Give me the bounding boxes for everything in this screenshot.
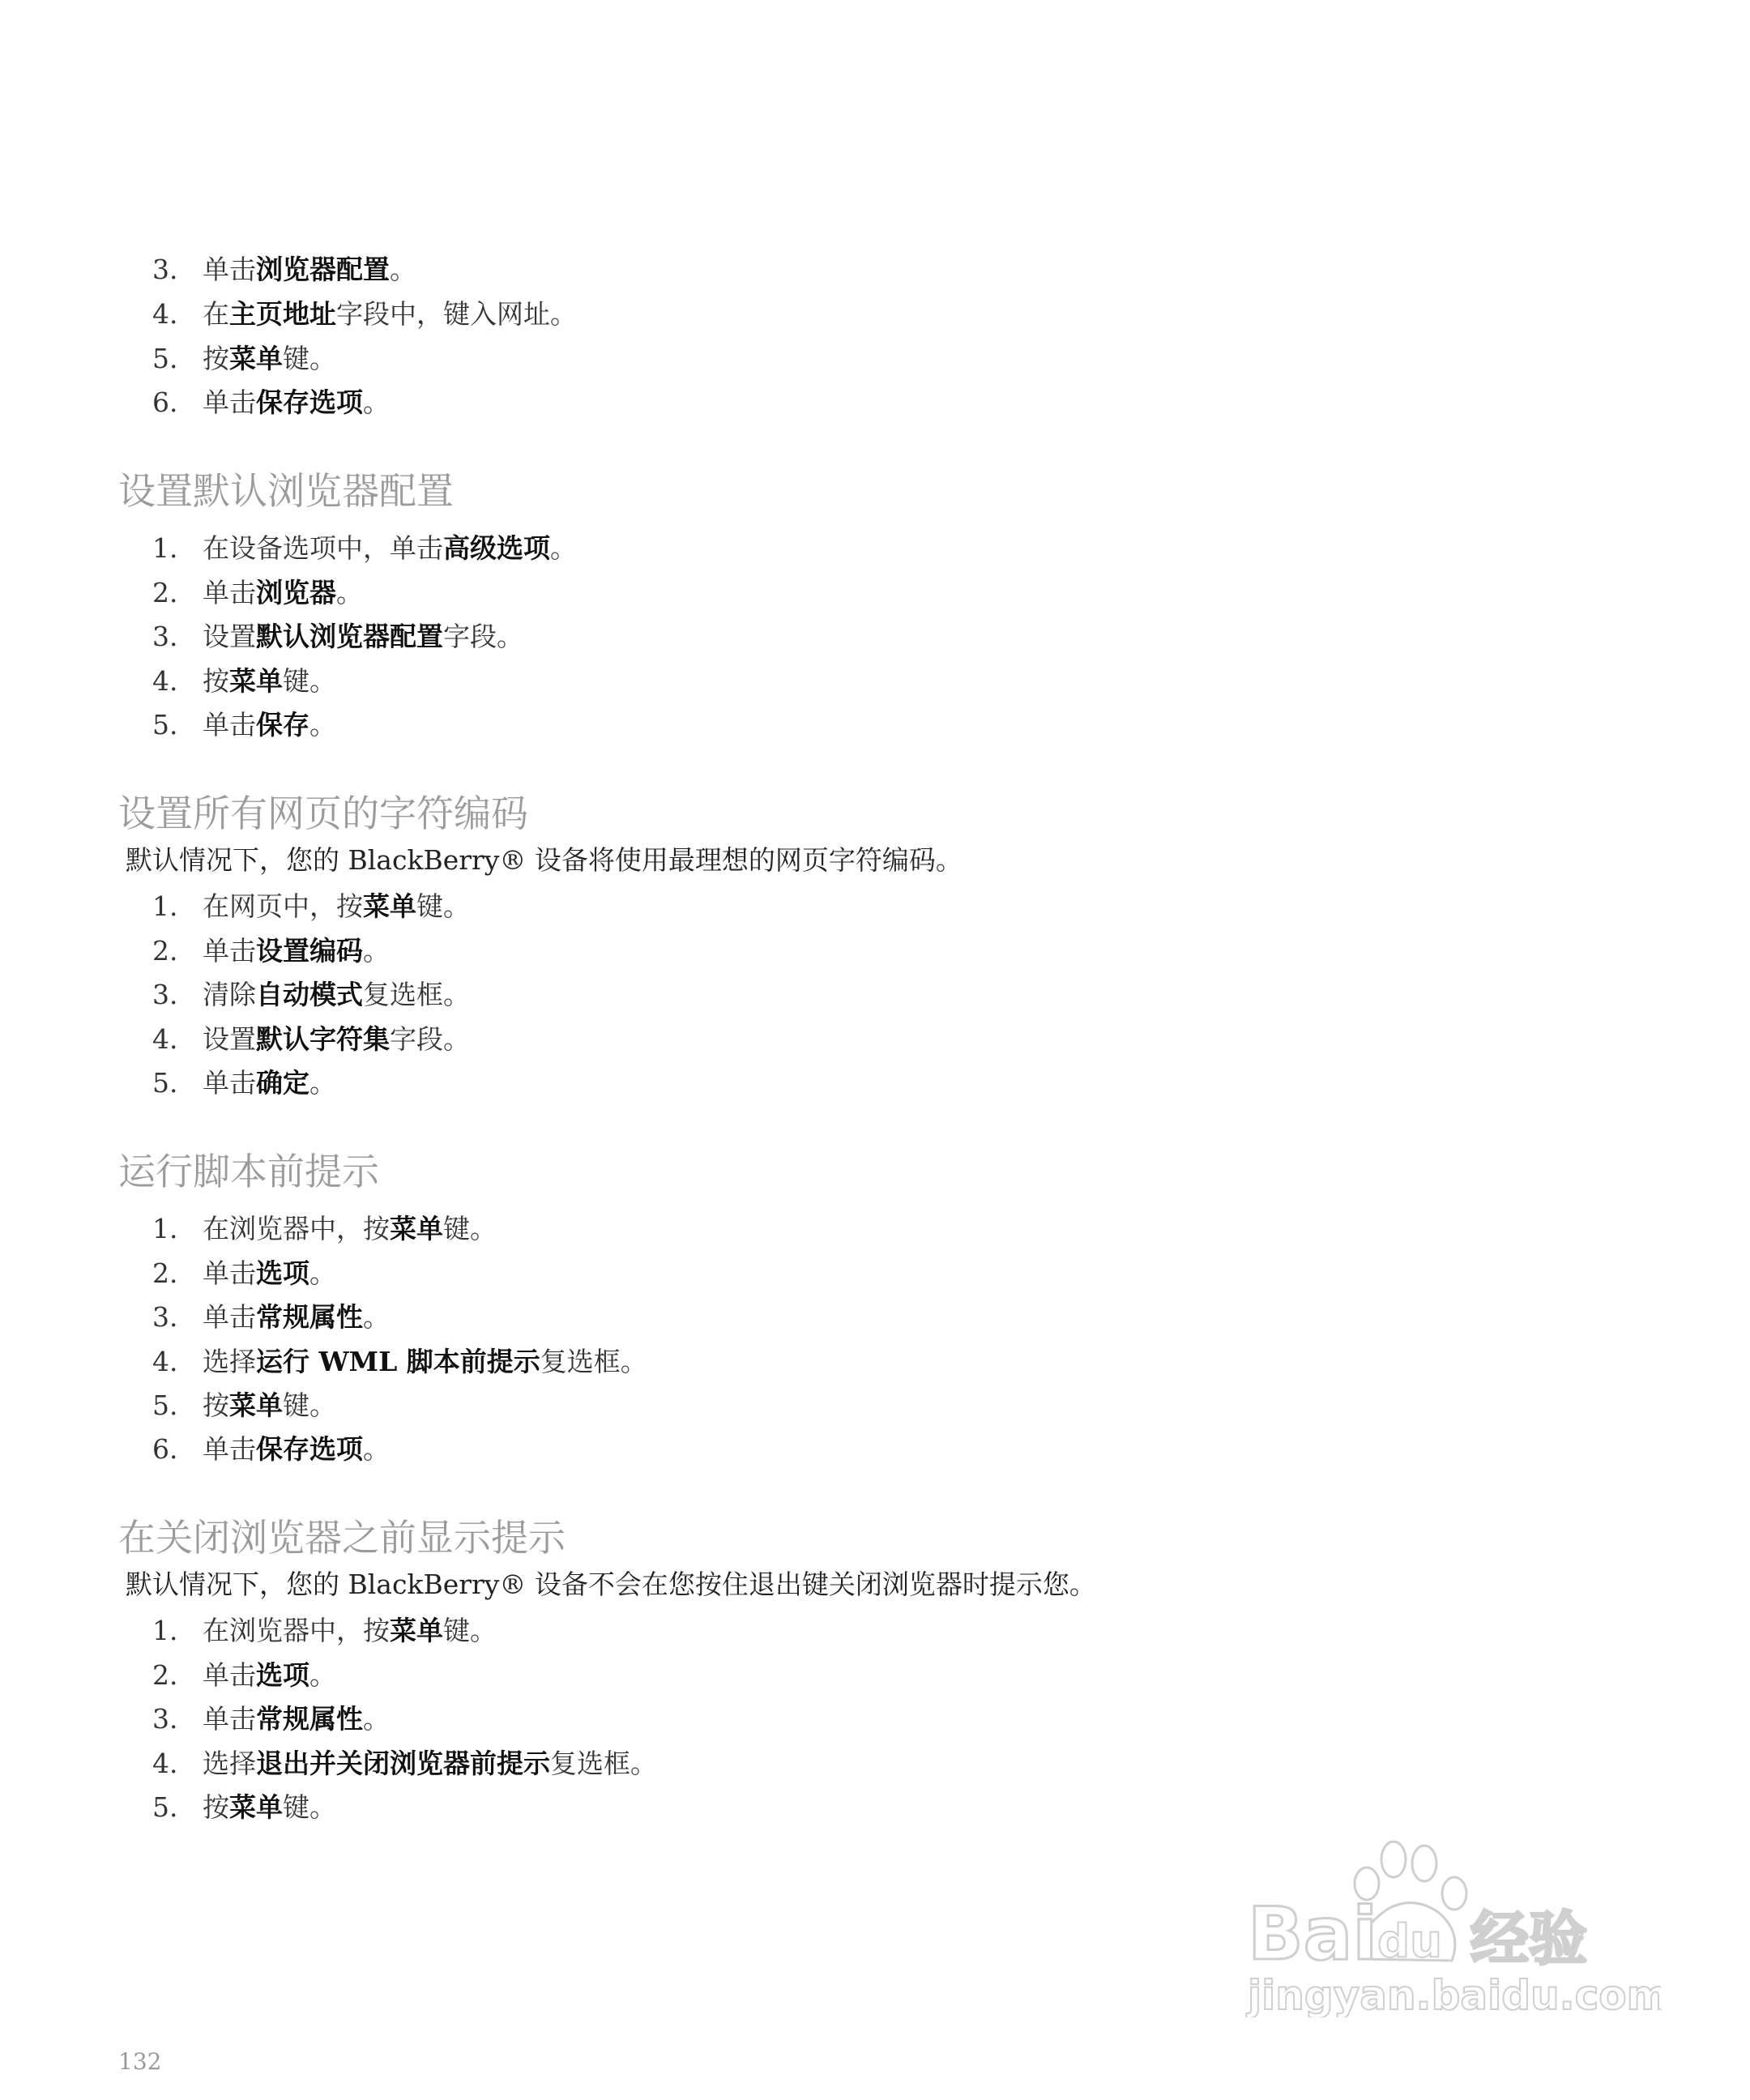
step-number: 5. — [152, 1385, 203, 1426]
step-text: 在浏览器中，按菜单键。 — [203, 1213, 497, 1244]
step-text-fragment: 在 — [203, 298, 229, 330]
list-item: 2.单击选项。 — [152, 1253, 336, 1294]
ui-term: 菜单 — [390, 1615, 443, 1646]
list-item: 5.单击确定。 — [152, 1063, 336, 1103]
step-text-fragment: 单击 — [203, 386, 256, 418]
step-text-fragment: 单击 — [203, 1301, 256, 1333]
step-text-fragment: 键。 — [416, 890, 470, 922]
step-text-fragment: 。 — [363, 1301, 390, 1333]
list-item: 1.在网页中，按菜单键。 — [152, 886, 470, 927]
step-text-fragment: 。 — [309, 1067, 336, 1099]
ui-term: 运行 WML 脚本前提示 — [256, 1346, 540, 1377]
step-text-fragment: 。 — [363, 935, 390, 967]
list-item: 6.单击保存选项。 — [152, 382, 390, 423]
step-text: 单击选项。 — [203, 1257, 336, 1289]
step-text: 在设备选项中，单击高级选项。 — [203, 532, 577, 564]
step-text-fragment: 单击 — [203, 254, 256, 285]
step-text-fragment: 。 — [309, 1257, 336, 1289]
list-item: 4.在主页地址字段中，键入网址。 — [152, 294, 577, 335]
step-text-fragment: 在浏览器中，按 — [203, 1615, 390, 1646]
list-item: 4.选择运行 WML 脚本前提示复选框。 — [152, 1342, 647, 1382]
ui-term: 保存选项 — [256, 386, 363, 418]
step-number: 2. — [152, 931, 203, 971]
step-number: 3. — [152, 1699, 203, 1739]
section-heading: 设置所有网页的字符编码 — [118, 791, 528, 836]
step-number: 1. — [152, 1209, 203, 1249]
list-item: 1.在浏览器中，按菜单键。 — [152, 1611, 497, 1651]
step-number: 3. — [152, 1297, 203, 1338]
ui-term: 选项 — [256, 1257, 309, 1289]
ui-term: 浏览器配置 — [256, 254, 390, 285]
step-text-fragment: 单击 — [203, 709, 256, 741]
step-text-fragment: 字段。 — [443, 621, 523, 652]
step-number: 6. — [152, 1429, 203, 1470]
step-text: 按菜单键。 — [203, 1791, 336, 1823]
step-text-fragment: 按 — [203, 343, 229, 374]
step-text-fragment: 在网页中，按 — [203, 890, 363, 922]
step-text-fragment: 单击 — [203, 1659, 256, 1691]
ui-term: 浏览器 — [256, 577, 336, 608]
list-item: 3.单击常规属性。 — [152, 1699, 390, 1739]
step-text-fragment: 。 — [309, 709, 336, 741]
step-text-fragment: 单击 — [203, 1067, 256, 1099]
step-text: 在主页地址字段中，键入网址。 — [203, 298, 577, 330]
step-text-fragment: 单击 — [203, 1257, 256, 1289]
step-text-fragment: 键。 — [443, 1213, 497, 1244]
step-text-fragment: 按 — [203, 1791, 229, 1823]
list-item: 1.在设备选项中，单击高级选项。 — [152, 528, 577, 569]
step-number: 4. — [152, 1744, 203, 1784]
ui-term: 设置编码 — [256, 935, 363, 967]
list-item: 3.设置默认浏览器配置字段。 — [152, 617, 523, 657]
svg-text:Bai: Bai — [1248, 1892, 1377, 1977]
step-number: 2. — [152, 573, 203, 613]
document-page: 3.单击浏览器配置。 4.在主页地址字段中，键入网址。 5.按菜单键。 6.单击… — [0, 0, 1750, 2100]
step-text-fragment: 字段中，键入网址。 — [336, 298, 577, 330]
ui-term: 高级选项 — [443, 532, 550, 564]
ui-term: 默认字符集 — [256, 1023, 390, 1055]
step-text: 设置默认字符集字段。 — [203, 1023, 470, 1055]
step-number: 5. — [152, 339, 203, 379]
step-text: 单击浏览器。 — [203, 577, 363, 608]
section-heading: 设置默认浏览器配置 — [118, 468, 454, 514]
page-number: 132 — [118, 2048, 161, 2075]
step-number: 3. — [152, 250, 203, 290]
ui-term: 菜单 — [390, 1213, 443, 1244]
step-text-fragment: 设置 — [203, 1023, 256, 1055]
ui-term: 菜单 — [229, 665, 283, 697]
ui-term: 主页地址 — [229, 298, 336, 330]
step-text-fragment: 清除 — [203, 979, 256, 1010]
step-text-fragment: 。 — [363, 1433, 390, 1465]
step-text: 单击选项。 — [203, 1659, 336, 1691]
step-text: 单击确定。 — [203, 1067, 336, 1099]
ui-term: 选项 — [256, 1659, 309, 1691]
step-text-fragment: 键。 — [283, 1791, 336, 1823]
step-text-fragment: 单击 — [203, 935, 256, 967]
list-item: 5.单击保存。 — [152, 705, 336, 745]
ui-term: 菜单 — [229, 343, 283, 374]
step-text: 按菜单键。 — [203, 343, 336, 374]
step-text-fragment: 键。 — [283, 665, 336, 697]
step-text-fragment: 键。 — [443, 1615, 497, 1646]
ui-term: 菜单 — [229, 1791, 283, 1823]
step-text: 单击保存。 — [203, 709, 336, 741]
list-item: 2.单击设置编码。 — [152, 931, 390, 971]
ui-term: 菜单 — [229, 1389, 283, 1421]
step-text: 单击保存选项。 — [203, 386, 390, 418]
step-number: 3. — [152, 975, 203, 1015]
step-number: 1. — [152, 886, 203, 927]
list-item: 5.按菜单键。 — [152, 1787, 336, 1828]
step-number: 6. — [152, 382, 203, 423]
step-text: 选择退出并关闭浏览器前提示复选框。 — [203, 1748, 657, 1779]
ui-term: 常规属性 — [256, 1301, 363, 1333]
list-item: 5.按菜单键。 — [152, 1385, 336, 1426]
step-number: 4. — [152, 1019, 203, 1060]
baidu-jingyan-watermark: Bai du 经验 jingyan.baidu.com — [1240, 1839, 1661, 2017]
section-heading: 运行脚本前提示 — [118, 1149, 379, 1194]
ui-term: 自动模式 — [256, 979, 363, 1010]
list-item: 4.设置默认字符集字段。 — [152, 1019, 470, 1060]
step-text-fragment: 设置 — [203, 621, 256, 652]
step-text-fragment: 。 — [363, 386, 390, 418]
list-item: 3.单击浏览器配置。 — [152, 250, 416, 290]
step-number: 4. — [152, 661, 203, 702]
svg-text:经验: 经验 — [1470, 1905, 1587, 1973]
list-item: 4.按菜单键。 — [152, 661, 336, 702]
step-number: 2. — [152, 1655, 203, 1696]
step-text-fragment: 。 — [390, 254, 416, 285]
step-text-fragment: 按 — [203, 1389, 229, 1421]
step-number: 4. — [152, 1342, 203, 1382]
step-text-fragment: 选择 — [203, 1346, 256, 1377]
step-number: 1. — [152, 528, 203, 569]
list-item: 4.选择退出并关闭浏览器前提示复选框。 — [152, 1744, 657, 1784]
baidu-paw-logo-icon: Bai du 经验 jingyan.baidu.com — [1240, 1839, 1661, 2017]
step-text: 单击常规属性。 — [203, 1301, 390, 1333]
list-item: 6.单击保存选项。 — [152, 1429, 390, 1470]
svg-text:du: du — [1377, 1915, 1442, 1968]
step-text-fragment: 在设备选项中，单击 — [203, 532, 443, 564]
step-text-fragment: 复选框。 — [540, 1346, 647, 1377]
step-number: 5. — [152, 1063, 203, 1103]
step-text-fragment: 在浏览器中，按 — [203, 1213, 390, 1244]
step-text-fragment: 键。 — [283, 1389, 336, 1421]
step-text-fragment: 单击 — [203, 577, 256, 608]
step-number: 4. — [152, 294, 203, 335]
section-intro: 默认情况下，您的 BlackBerry® 设备不会在您按住退出键关闭浏览器时提示… — [126, 1567, 1096, 1603]
list-item: 1.在浏览器中，按菜单键。 — [152, 1209, 497, 1249]
list-item: 3.单击常规属性。 — [152, 1297, 390, 1338]
step-text-fragment: 。 — [363, 1703, 390, 1735]
step-text-fragment: 。 — [550, 532, 577, 564]
ui-term: 保存选项 — [256, 1433, 363, 1465]
list-item: 3.清除自动模式复选框。 — [152, 975, 470, 1015]
ui-term: 保存 — [256, 709, 309, 741]
step-text-fragment: 。 — [309, 1659, 336, 1691]
step-text: 在浏览器中，按菜单键。 — [203, 1615, 497, 1646]
step-text: 单击浏览器配置。 — [203, 254, 416, 285]
list-item: 2.单击选项。 — [152, 1655, 336, 1696]
step-text: 单击设置编码。 — [203, 935, 390, 967]
step-number: 1. — [152, 1611, 203, 1651]
section-intro: 默认情况下，您的 BlackBerry® 设备将使用最理想的网页字符编码。 — [126, 843, 962, 878]
step-text: 按菜单键。 — [203, 1389, 336, 1421]
step-text-fragment: 字段。 — [390, 1023, 470, 1055]
step-text-fragment: 键。 — [283, 343, 336, 374]
step-text-fragment: 。 — [336, 577, 363, 608]
step-text-fragment: 复选框。 — [550, 1748, 657, 1779]
ui-term: 退出并关闭浏览器前提示 — [256, 1748, 550, 1779]
list-item: 5.按菜单键。 — [152, 339, 336, 379]
step-text-fragment: 复选框。 — [363, 979, 470, 1010]
svg-text:jingyan.baidu.com: jingyan.baidu.com — [1246, 1972, 1661, 2017]
step-number: 5. — [152, 705, 203, 745]
step-text: 选择运行 WML 脚本前提示复选框。 — [203, 1346, 647, 1377]
ui-term: 常规属性 — [256, 1703, 363, 1735]
step-text-fragment: 单击 — [203, 1433, 256, 1465]
step-text-fragment: 选择 — [203, 1748, 256, 1779]
step-text: 在网页中，按菜单键。 — [203, 890, 470, 922]
step-number: 5. — [152, 1787, 203, 1828]
ui-term: 确定 — [256, 1067, 309, 1099]
step-text: 单击保存选项。 — [203, 1433, 390, 1465]
step-text: 按菜单键。 — [203, 665, 336, 697]
step-text-fragment: 单击 — [203, 1703, 256, 1735]
step-text: 单击常规属性。 — [203, 1703, 390, 1735]
step-number: 2. — [152, 1253, 203, 1294]
list-item: 2.单击浏览器。 — [152, 573, 363, 613]
step-text: 清除自动模式复选框。 — [203, 979, 470, 1010]
ui-term: 默认浏览器配置 — [256, 621, 443, 652]
section-heading: 在关闭浏览器之前显示提示 — [118, 1515, 566, 1560]
ui-term: 菜单 — [363, 890, 416, 922]
step-text: 设置默认浏览器配置字段。 — [203, 621, 523, 652]
step-number: 3. — [152, 617, 203, 657]
step-text-fragment: 按 — [203, 665, 229, 697]
